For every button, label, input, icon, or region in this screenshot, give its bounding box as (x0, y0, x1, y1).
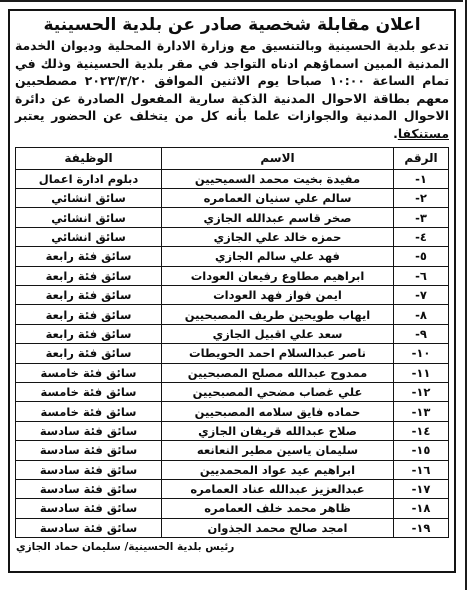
outer-right-rule (465, 0, 467, 590)
cell-number: ١- (394, 169, 449, 188)
body-text: تدعو بلدية الحسينية وبالتنسيق مع وزارة ا… (15, 38, 449, 123)
cell-job: سائق فئة سادسة (16, 518, 162, 537)
cell-job: سائق فئة سادسة (16, 421, 162, 440)
table-row: ٤-حمزه خالد علي الجازيسائق انشائي (16, 227, 449, 246)
table-row: ١٨-ظاهر محمد خلف العمامرهسائق فئة سادسة (16, 499, 449, 518)
cell-name: سليمان ياسين مطير النعانعه (162, 441, 394, 460)
cell-job: سائق فئة خامسة (16, 363, 162, 382)
cell-number: ١٤- (394, 421, 449, 440)
cell-job: سائق فئة سادسة (16, 499, 162, 518)
table-row: ٥-فهد علي سالم الجازيسائق فئة رابعة (16, 247, 449, 266)
outer-top-rule (0, 0, 463, 2)
table-row: ١٢-علي غصاب مضحي المصبحيينسائق فئة خامسة (16, 382, 449, 401)
cell-number: ١٦- (394, 460, 449, 479)
cell-number: ١٨- (394, 499, 449, 518)
table-row: ١٣-حماده فايق سلامه المصبحيينسائق فئة خا… (16, 402, 449, 421)
cell-job: سائق انشائي (16, 189, 162, 208)
cell-job: سائق فئة رابعة (16, 266, 162, 285)
cell-number: ٨- (394, 305, 449, 324)
cell-job: سائق انشائي (16, 227, 162, 246)
cell-job: سائق فئة رابعة (16, 305, 162, 324)
cell-job: سائق فئة رابعة (16, 344, 162, 363)
cell-number: ٩- (394, 324, 449, 343)
applicants-table: الرقم الاسم الوظيفة ١-مفيدة بخيت محمد ال… (15, 147, 449, 538)
cell-number: ٤- (394, 227, 449, 246)
cell-name: حماده فايق سلامه المصبحيين (162, 402, 394, 421)
cell-name: ممدوح عبدالله مصلح المصبحيين (162, 363, 394, 382)
table-row: ١٩-امجد صالح محمد الجذوانسائق فئة سادسة (16, 518, 449, 537)
table-row: ٩-سعد علي اقبيل الجازيسائق فئة رابعة (16, 324, 449, 343)
table-row: ٣-صخر قاسم عبدالله الجازيسائق انشائي (16, 208, 449, 227)
table-row: ١-مفيدة بخيت محمد السميحييندبلوم ادارة ا… (16, 169, 449, 188)
announcement-title: اعلان مقابلة شخصية صادر عن بلدية الحسيني… (10, 15, 454, 35)
announcement-body: تدعو بلدية الحسينية وبالتنسيق مع وزارة ا… (10, 37, 454, 143)
cell-name: ايمن فواز فهد العودات (162, 286, 394, 305)
header-job: الوظيفة (16, 147, 162, 169)
cell-name: سعد علي اقبيل الجازي (162, 324, 394, 343)
announcement-box: اعلان مقابلة شخصية صادر عن بلدية الحسيني… (8, 9, 456, 573)
table-header-row: الرقم الاسم الوظيفة (16, 147, 449, 169)
cell-name: مفيدة بخيت محمد السميحيين (162, 169, 394, 188)
cell-number: ١٠- (394, 344, 449, 363)
cell-name: ابراهيم مطاوع رفيعان العودات (162, 266, 394, 285)
table-row: ٢-سالم علي سنيان العمامرهسائق انشائي (16, 189, 449, 208)
cell-job: سائق فئة سادسة (16, 441, 162, 460)
cell-name: ايهاب طويحين طريف المصبحيين (162, 305, 394, 324)
cell-number: ٢- (394, 189, 449, 208)
table-row: ١٠-ناصر عبدالسلام احمد الحويطاتسائق فئة … (16, 344, 449, 363)
header-name: الاسم (162, 147, 394, 169)
cell-job: دبلوم ادارة اعمال (16, 169, 162, 188)
cell-number: ١٢- (394, 382, 449, 401)
cell-number: ١١- (394, 363, 449, 382)
cell-job: سائق فئة رابعة (16, 247, 162, 266)
table-row: ١١-ممدوح عبدالله مصلح المصبحيينسائق فئة … (16, 363, 449, 382)
cell-job: سائق فئة سادسة (16, 460, 162, 479)
table-row: ١٧-عبدالعزيز عبدالله عناد العمامرهسائق ف… (16, 479, 449, 498)
cell-number: ١٩- (394, 518, 449, 537)
cell-name: عبدالعزيز عبدالله عناد العمامره (162, 479, 394, 498)
cell-number: ١٣- (394, 402, 449, 421)
table-body: ١-مفيدة بخيت محمد السميحييندبلوم ادارة ا… (16, 169, 449, 537)
cell-number: ٥- (394, 247, 449, 266)
cell-name: حمزه خالد علي الجازي (162, 227, 394, 246)
cell-job: سائق فئة خامسة (16, 402, 162, 421)
table-row: ١٤-صلاح عبدالله قريفان الجازيسائق فئة سا… (16, 421, 449, 440)
cell-name: ظاهر محمد خلف العمامره (162, 499, 394, 518)
cell-name: فهد علي سالم الجازي (162, 247, 394, 266)
table-row: ٧-ايمن فواز فهد العوداتسائق فئة رابعة (16, 286, 449, 305)
table-row: ١٥-سليمان ياسين مطير النعانعهسائق فئة سا… (16, 441, 449, 460)
cell-job: سائق فئة خامسة (16, 382, 162, 401)
cell-number: ١٥- (394, 441, 449, 460)
cell-job: سائق انشائي (16, 208, 162, 227)
cell-job: سائق فئة سادسة (16, 479, 162, 498)
table-row: ٦-ابراهيم مطاوع رفيعان العوداتسائق فئة ر… (16, 266, 449, 285)
announcement-page: اعلان مقابلة شخصية صادر عن بلدية الحسيني… (0, 0, 472, 590)
cell-name: سالم علي سنيان العمامره (162, 189, 394, 208)
cell-name: صلاح عبدالله قريفان الجازي (162, 421, 394, 440)
body-underlined-word: مستنكفا (398, 126, 449, 141)
signature-line: رئيس بلدية الحسينية/ سليمان حماد الجازي (10, 538, 454, 553)
cell-number: ١٧- (394, 479, 449, 498)
cell-job: سائق فئة رابعة (16, 324, 162, 343)
cell-number: ٧- (394, 286, 449, 305)
cell-name: صخر قاسم عبدالله الجازي (162, 208, 394, 227)
table-row: ٨-ايهاب طويحين طريف المصبحيينسائق فئة را… (16, 305, 449, 324)
cell-name: امجد صالح محمد الجذوان (162, 518, 394, 537)
cell-name: ابراهيم عيد عواد المحمديين (162, 460, 394, 479)
header-number: الرقم (394, 147, 449, 169)
cell-job: سائق فئة رابعة (16, 286, 162, 305)
cell-number: ٣- (394, 208, 449, 227)
table-row: ١٦-ابراهيم عيد عواد المحمديينسائق فئة سا… (16, 460, 449, 479)
cell-name: علي غصاب مضحي المصبحيين (162, 382, 394, 401)
cell-number: ٦- (394, 266, 449, 285)
cell-name: ناصر عبدالسلام احمد الحويطات (162, 344, 394, 363)
